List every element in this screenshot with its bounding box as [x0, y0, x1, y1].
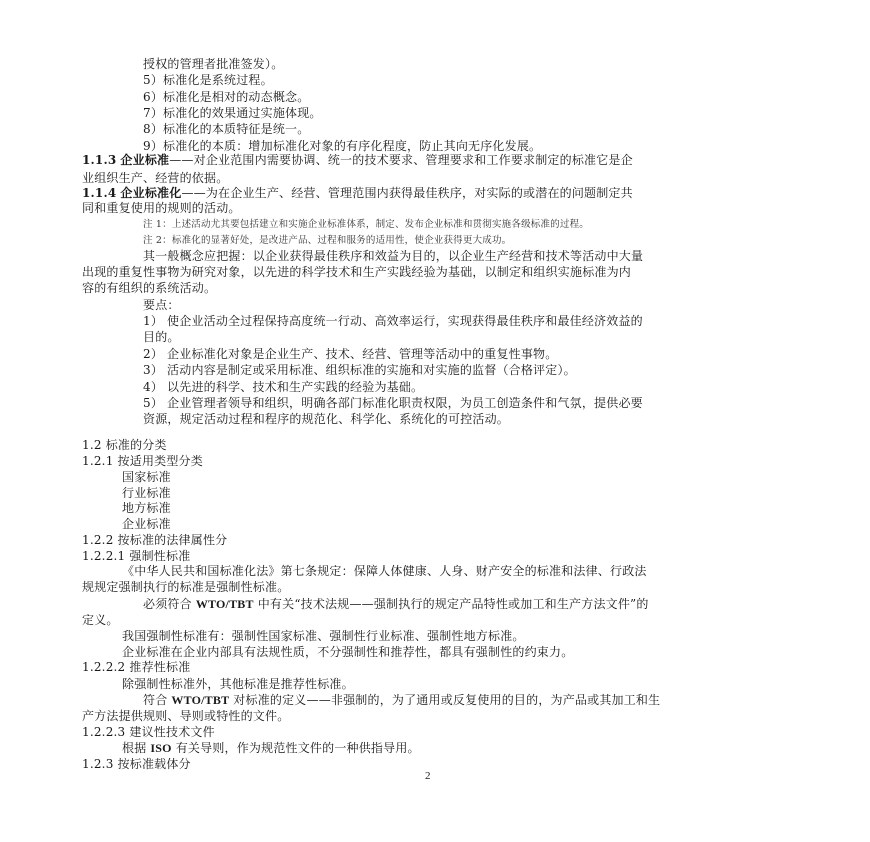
- paragraph-line: 其一般概念应把握：以企业获得最佳秩序和效益为目的，以企业生产经营和技术等活动中大…: [143, 248, 643, 264]
- note-1: 注 1：上述活动尤其要包括建立和实施企业标准体系，制定、发布企业标准和贯彻实施各…: [143, 217, 589, 233]
- section-heading-1-2-2: 1.2.2 按标准的法律属性分: [82, 532, 227, 548]
- list-item: 行业标准: [122, 485, 171, 501]
- list-item: 3） 活动内容是制定或采用标准、组织标准的实施和对实施的监督（合格评定）。: [143, 362, 576, 378]
- section-1-1-3: 1.1.3 企业标准——对企业范围内需要协调、统一的技术要求、管理要求和工作要求…: [82, 152, 633, 168]
- section-number: 1.1.4: [82, 186, 116, 200]
- list-item: 4） 以先进的科学、技术和生产实践的经验为基础。: [143, 379, 423, 395]
- term-definition: ——为在企业生产、经营、管理范围内获得最佳秩序，对实际的或潜在的问题制定共: [181, 186, 632, 200]
- list-item: 企业标准: [122, 516, 171, 532]
- list-item: 地方标准: [122, 500, 171, 516]
- page-number: 2: [425, 770, 431, 782]
- paragraph-line: 出现的重复性事物为研究对象，以先进的科学技术和生产实践经验为基础，以制定和组织实…: [82, 264, 631, 280]
- wto-tbt-ref: WTO/TBT: [196, 597, 254, 611]
- text-line: 同和重复使用的规则的活动。: [82, 200, 241, 216]
- paragraph-line: 容的有组织的系统活动。: [82, 280, 216, 296]
- wto-tbt-ref: WTO/TBT: [171, 693, 229, 707]
- document-page: 授权的管理者批准签发）。 5）标准化是系统过程。 6）标准化是相对的动态概念。 …: [0, 0, 870, 842]
- text: 对标准的定义——非强制的，为了通用或反复使用的目的，为产品或其加工和生: [229, 693, 660, 707]
- iso-ref: ISO: [150, 741, 171, 755]
- note-2: 注 2：标准化的显著好处，是改进产品、过程和服务的适用性，使企业获得更大成功。: [143, 233, 511, 249]
- list-item: 1） 使企业活动全过程保持高度统一行动、高效率运行，实现获得最佳秩序和最佳经济效…: [143, 313, 643, 329]
- list-item: 国家标准: [122, 469, 171, 485]
- text: 中有关“技术法规——强制执行的规定产品特性或加工和生产方法文件”的: [254, 597, 649, 611]
- text-line: 业组织生产、经营的依据。: [82, 170, 228, 186]
- section-heading-1-2-3: 1.2.3 按标准载体分: [82, 756, 191, 772]
- list-item-continuation: 资源，规定活动过程和程序的规范化、科学化、系统化的可控活动。: [143, 411, 509, 427]
- section-1-1-4: 1.1.4 企业标准化——为在企业生产、经营、管理范围内获得最佳秩序，对实际的或…: [82, 185, 633, 201]
- paragraph-line: 根据 ISO 有关导则，作为规范性文件的一种供指导用。: [122, 740, 420, 756]
- list-item: 7）标准化的效果通过实施体现。: [143, 105, 322, 121]
- text: 符合: [143, 693, 171, 707]
- paragraph-line: 企业标准在企业内部具有法规性质，不分强制性和推荐性，都具有强制性的约束力。: [122, 644, 573, 660]
- paragraph-line: 除强制性标准外，其他标准是推荐性标准。: [122, 676, 354, 692]
- section-heading-1-2-1: 1.2.1 按适用类型分类: [82, 453, 203, 469]
- paragraph-line: 产方法提供规则、导则或特性的文件。: [82, 708, 289, 724]
- list-item: 2） 企业标准化对象是企业生产、技术、经营、管理等活动中的重复性事物。: [143, 346, 557, 362]
- paragraph-line: 符合 WTO/TBT 对标准的定义——非强制的，为了通用或反复使用的目的，为产品…: [143, 692, 660, 708]
- paragraph-line: 《中华人民共和国标准化法》第七条规定：保障人体健康、人身、财产安全的标准和法律、…: [122, 563, 647, 579]
- list-item: 8）标准化的本质特征是统一。: [143, 121, 309, 137]
- text: 必须符合: [143, 597, 196, 611]
- paragraph-line: 规规定强制执行的标准是强制性标准。: [82, 579, 289, 595]
- text-line: 授权的管理者批准签发）。: [143, 56, 283, 72]
- list-item: 5）标准化是系统过程。: [143, 72, 273, 88]
- section-heading-1-2-2-1: 1.2.2.1 强制性标准: [82, 548, 190, 564]
- text: 有关导则，作为规范性文件的一种供指导用。: [172, 741, 420, 755]
- section-number: 1.1.3: [82, 153, 116, 167]
- keypoints-label: 要点：: [143, 297, 180, 313]
- paragraph-line: 定义。: [82, 612, 119, 628]
- term-heading: 企业标准化: [120, 186, 181, 200]
- section-heading-1-2-2-3: 1.2.2.3 建议性技术文件: [82, 724, 215, 740]
- text: 根据: [122, 741, 150, 755]
- list-item: 6）标准化是相对的动态概念。: [143, 89, 309, 105]
- term-definition: ——对企业范围内需要协调、统一的技术要求、管理要求和工作要求制定的标准它是企: [169, 153, 633, 167]
- list-item: 5） 企业管理者领导和组织，明确各部门标准化职责权限，为员工创造条件和气氛，提供…: [143, 395, 643, 411]
- list-item-continuation: 目的。: [143, 329, 180, 345]
- paragraph-line: 必须符合 WTO/TBT 中有关“技术法规——强制执行的规定产品特性或加工和生产…: [143, 596, 649, 612]
- section-heading-1-2: 1.2 标准的分类: [82, 437, 167, 453]
- term-heading: 企业标准: [120, 153, 169, 167]
- section-heading-1-2-2-2: 1.2.2.2 推荐性标准: [82, 659, 190, 675]
- paragraph-line: 我国强制性标准有：强制性国家标准、强制性行业标准、强制性地方标准。: [122, 628, 525, 644]
